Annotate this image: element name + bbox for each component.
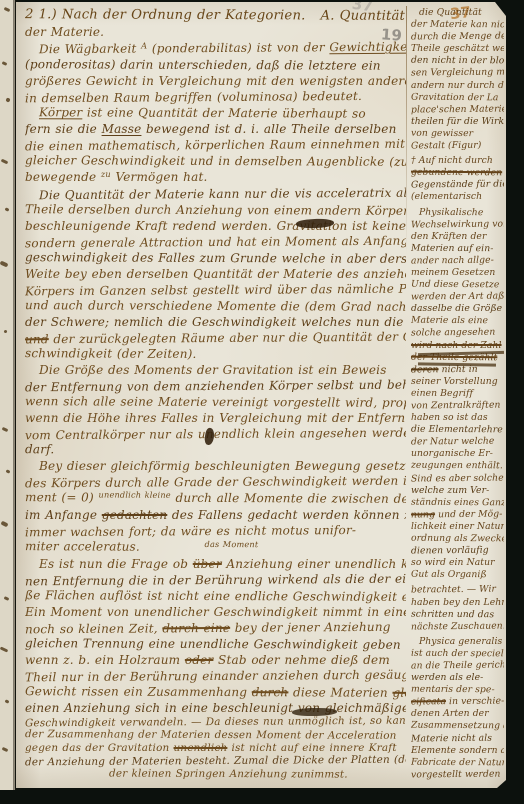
text-run: in demselben Raum begriffen (voluminosa)… — [25, 89, 362, 105]
text-run: der Natur welche — [411, 436, 494, 448]
margin-note-line: † Auf nicht durch — [411, 155, 504, 167]
ink-speck — [0, 260, 8, 267]
manuscript-line: wenn z. b. ein Holzraum oder Stab oder n… — [25, 652, 406, 668]
text-run: der zurückgelegten Räume aber nur die Qu… — [49, 330, 406, 347]
manuscript-line: Weite bey eben derselben Quantität der M… — [25, 266, 406, 282]
manuscript-line: gleichen Trennung eine unendliche Geschw… — [25, 635, 406, 653]
text-run: ment (= 0) — [25, 490, 99, 504]
text-run: Körpers im Ganzen selbst gestellt wird ü… — [25, 281, 406, 298]
inserted-word: zu — [101, 169, 111, 179]
text-run: der Zusammenhang der Materien dessen Mom… — [25, 728, 397, 742]
inserted-word: A — [141, 41, 147, 51]
struck-word: oder — [185, 653, 214, 667]
text-run: Theile geschätzt wer- — [411, 43, 504, 54]
struck-word: gebundene werden — [411, 167, 502, 179]
margin-notes-column: die Quantitätder Materie kan nichtdurch … — [411, 7, 504, 785]
inserted-word: das Moment — [205, 539, 259, 549]
margin-note-line: Gegenstände für die — [411, 179, 504, 192]
ink-speck — [6, 469, 11, 473]
margin-note-line: ordnung als Zwecke — [411, 533, 504, 546]
struck-word: gedachten — [102, 508, 168, 522]
text-run: wenn die Höhe ihres Falles in Vergleichu… — [25, 411, 406, 425]
text-run: Zusammensetzung der — [411, 720, 504, 732]
margin-note-line: Gut als Organiß — [411, 569, 504, 582]
text-run: so wird ein Natur — [411, 557, 495, 568]
margin-note-line: schritten und das — [411, 608, 504, 621]
manuscript-line: einen Anziehung sich in eine beschleunig… — [25, 700, 406, 716]
manuscript-line: darf. — [25, 441, 406, 459]
manuscript-line: wenn die Höhe ihres Falles in Vergleichu… — [25, 410, 406, 426]
text-run: dienen vorläufig — [411, 545, 489, 557]
text-run: vom Centralkörper nur als unendlich klei… — [25, 426, 406, 443]
margin-note-line: Physikalische — [411, 206, 504, 219]
text-run: ist auch der speciell — [411, 648, 504, 660]
text-run: haben so ist das — [411, 412, 488, 423]
manuscript-line: miter acceleratus. das Moment — [25, 538, 406, 557]
margin-note-line: nächste Zuschauen. — [411, 620, 504, 633]
text-run: an die Theile gerichtet — [411, 659, 504, 671]
text-run: seiner Vorstellung — [411, 376, 498, 387]
text-run: gleichen Trennung eine unendliche Geschw… — [25, 636, 406, 652]
margin-note-line: den Kräften der — [411, 231, 504, 243]
text-run: Wechselwirkung von — [411, 218, 504, 230]
text-run: (ponderositas) darin unterschieden, daß … — [25, 57, 381, 73]
text-run: von Zentralkräften — [411, 400, 501, 412]
text-run: unorganische Er- — [411, 448, 493, 459]
manuscript-line: beschleunigende Kraft redend werden. Gra… — [25, 218, 406, 234]
text-run: Weite bey eben derselben Quantität der M… — [25, 267, 406, 281]
margin-note-line: von gewisser — [411, 128, 504, 141]
underlined-word: Gewichtigkeit — [329, 40, 406, 55]
manuscript-line: und auch durch verschiedene Momente die … — [25, 297, 406, 315]
text-run: nen Entfernung die in der Berührung wirk… — [25, 571, 406, 588]
inserted-word: unendlich kleine — [99, 490, 171, 500]
text-run: noch so kleinen Zeit, — [25, 621, 162, 636]
main-text-column: 2 1.) Nach der Ordnung der Kategorien. A… — [25, 8, 406, 782]
text-run: (elementarisch — [411, 191, 482, 202]
text-run: haben bey den Lehr- — [411, 597, 504, 608]
manuscript-line: gleicher Geschwindigkeit und in demselbe… — [25, 152, 406, 170]
text-run: meinem Gesetzen — [411, 267, 495, 278]
text-run: Es ist nun die Frage ob — [39, 557, 193, 571]
margin-note-line: Gestalt (Figur) — [411, 140, 504, 153]
margin-note-line: von Zentralkräften — [411, 400, 504, 413]
margin-note-line: vorgestellt werden — [411, 768, 504, 781]
margin-note-line: lichkeit einer Natur- — [411, 521, 504, 533]
text-run: (ponderabilitas) ist von der — [147, 40, 329, 55]
margin-note-line: Wechselwirkung von — [411, 218, 504, 231]
margin-note-line: ständnis eines Ganzen — [411, 496, 504, 509]
margin-note-line: sen Vergleichung mit — [411, 67, 504, 80]
margin-note-line: andern nur durch die — [411, 80, 504, 92]
text-run: Die Wägbarkeit — [39, 42, 141, 57]
text-run: place'schen Materie — [411, 103, 504, 115]
text-run: denen Arten der — [411, 708, 489, 719]
manuscript-line: der Schwere; nemlich die Geschwindigkeit… — [25, 314, 406, 330]
text-run: ander nach allge- — [411, 254, 494, 266]
text-run: gegen das der Gravitation — [25, 742, 174, 754]
text-run: Geschwindigkeit verwandeln. — Da dieses … — [25, 715, 406, 730]
margin-note-line: der Natur welche — [411, 436, 504, 449]
margin-note-line: dienen vorläufig — [411, 545, 504, 558]
column-divider-line — [406, 6, 407, 256]
manuscript-line: Die Größe des Moments der Gravitation is… — [25, 362, 406, 378]
text-run: im Anfange — [25, 508, 102, 522]
margin-note-line: (elementarisch — [411, 191, 504, 203]
manuscript-line: geschwindigkeit des Falles zum Grunde we… — [25, 249, 406, 267]
text-run: der Schwere; nemlich die Geschwindigkeit… — [25, 315, 406, 329]
text-run: sen Vergleichung mit — [411, 67, 504, 79]
margin-note-line: Materien auf ein- — [411, 242, 504, 255]
text-run: Vermögen hat. — [111, 170, 208, 184]
manuscript-line: Bey dieser gleichförmig beschleunigten B… — [25, 458, 406, 474]
manuscript-line: (ponderositas) darin unterschieden, daß … — [25, 56, 406, 74]
margin-note-line: werden der Art daß — [411, 291, 504, 304]
manuscript-line: Es ist nun die Frage ob über Anziehung e… — [25, 556, 406, 572]
text-run: Materie als eine — [411, 315, 488, 327]
struck-word: wird nach der Zahl — [411, 340, 502, 351]
margin-note-line: unorganische Er- — [411, 448, 504, 460]
text-run: gleicher Geschwindigkeit und in demselbe… — [25, 153, 406, 169]
manuscript-line: ße Flächen auflöst ist nicht eine endlic… — [25, 587, 406, 605]
text-run: in verschie- — [446, 696, 504, 708]
text-run: Gewicht rissen ein Zusammenhang — [25, 684, 252, 699]
margin-note-line: solche angesehen — [411, 327, 504, 340]
margin-note-line: Fabricate der Natur — [411, 756, 504, 769]
text-run: dasselbe die Größe — [411, 303, 502, 314]
text-run: Und diese Gesetze — [411, 279, 499, 291]
text-run: mentaris der spe- — [411, 684, 495, 696]
text-run: Materie nicht als — [411, 732, 492, 744]
text-run: vorgestellt werden — [411, 768, 501, 780]
text-run: sondern generale Attraction und hat ein … — [25, 234, 406, 251]
ink-speck — [4, 596, 10, 601]
photo-background: 37 37 19 2 1.) Nach der Ordnung der Kate… — [0, 0, 524, 804]
ink-speck — [1, 159, 9, 165]
underlined-word: Masse — [102, 122, 142, 136]
manuscript-line: fern sie die Masse bewegend ist d. i. al… — [25, 121, 406, 137]
margin-note-line: ist auch der speciell — [411, 648, 504, 661]
manuscript-line: gegen das der Gravitation unendlich ist … — [25, 742, 406, 755]
text-run: ße Flächen auflöst ist nicht eine endlic… — [25, 588, 406, 604]
text-run: einen Anziehung sich in eine beschleunig… — [25, 701, 406, 715]
margin-note-line: meinem Gesetzen — [411, 267, 504, 279]
margin-note-line: welche zum Ver- — [411, 485, 504, 497]
text-run: durch alle Momente die zwischen dem — [171, 491, 406, 506]
ink-speck — [5, 699, 10, 703]
text-run: Stab oder nehme dieß dem — [213, 653, 390, 667]
text-run: der Materie. — [25, 25, 104, 39]
ink-speck — [0, 646, 8, 652]
text-run: lichkeit einer Natur- — [411, 521, 504, 532]
text-run: bewegende — [25, 170, 101, 184]
text-run: andern nur durch die — [411, 80, 504, 91]
text-run: bewegend ist d. i. alle Theile derselben — [141, 122, 396, 136]
margin-note-line: Theile geschätzt wer- — [411, 43, 504, 55]
margin-note-line: der Materie kan nicht — [411, 19, 504, 32]
margin-note-line: so wird ein Natur — [411, 557, 504, 569]
text-run: und auch durch verschiedene Momente die … — [25, 298, 406, 314]
text-run: Bey dieser gleichförmig beschleunigten B… — [39, 459, 406, 473]
margin-note-line: Gravitation der La — [411, 91, 504, 104]
margin-note-line: wird nach der Zahl — [411, 340, 504, 352]
struck-word: durch — [252, 685, 289, 699]
margin-note-line: an die Theile gerichtet — [411, 659, 504, 672]
margin-note-line: Elemente sondern als — [411, 745, 504, 757]
margin-note-line: zeugungen enthält. — [411, 460, 504, 473]
text-run: Die Größe des Moments der Gravitation is… — [39, 363, 387, 377]
margin-note-line: Physica generalis — [411, 636, 504, 648]
margin-note-line: Sind es aber solche — [411, 472, 504, 485]
text-run: Physica generalis — [419, 636, 502, 647]
text-run: den Kräften der — [411, 231, 486, 242]
text-run: Sind es aber solche — [411, 472, 504, 484]
text-run: bey der jener Anziehung — [230, 620, 391, 635]
manuscript-line: Die Wägbarkeit A (ponderabilitas) ist vo… — [25, 39, 406, 59]
margin-note-line: seiner Vorstellung — [411, 376, 504, 388]
text-run: miter acceleratus. — [25, 539, 205, 554]
text-run: ist nicht auf eine innere Kraft — [227, 742, 396, 754]
struck-word: cificata — [411, 696, 446, 707]
text-run: schwindigkeit (der Zeiten). — [25, 346, 197, 361]
ink-speck — [5, 97, 10, 102]
manuscript-line: ment (= 0) unendlich kleine durch alle M… — [25, 489, 406, 508]
text-run: wenn z. b. ein Holzraum — [25, 653, 185, 667]
text-run: Gegenstände für die — [411, 179, 504, 191]
text-run: des Körpers durch alle Grade der Geschwi… — [25, 473, 406, 490]
text-run: schritten und das — [411, 608, 494, 620]
ink-speck — [4, 330, 8, 334]
text-run: Fabricate der Natur — [411, 756, 504, 768]
text-run: ständnis eines Ganzen — [411, 496, 504, 508]
ink-speck — [0, 521, 8, 528]
text-run: Gravitation der La — [411, 91, 499, 103]
margin-note-line: Zusammensetzung der — [411, 720, 504, 733]
text-run: ist eine Quantität der Materie überhaupt… — [82, 105, 366, 120]
text-run: betrachtet. — Wir — [411, 584, 496, 596]
text-run: Anziehung einer unendlich klei- — [222, 557, 406, 571]
manuscript-line: wenn sich alle seine Materie vereinigt v… — [25, 393, 406, 411]
margin-note-line: nung und der Mög- — [411, 508, 504, 521]
margin-note-line: haben so ist das — [411, 412, 504, 424]
ink-speck — [2, 427, 9, 432]
margin-note-line: Und diese Gesetze — [411, 279, 504, 292]
manuscript-page: 37 37 19 2 1.) Nach der Ordnung der Kate… — [16, 2, 506, 788]
struck-word: nung — [411, 509, 435, 520]
text-run: werden als ele- — [411, 672, 483, 683]
manuscript-line: Theile derselben durch Anziehung von ein… — [25, 201, 406, 219]
manuscript-line: schwindigkeit (der Zeiten). — [25, 345, 406, 363]
text-run: den nicht in der blos- — [411, 55, 504, 67]
manuscript-line: der Materie. — [25, 24, 406, 40]
text-run: immer wachsen fort; da wäre es nicht mot… — [25, 523, 356, 539]
text-run: durch die Menge der — [411, 31, 504, 43]
text-run: geschwindigkeit des Falles zum Grunde we… — [25, 250, 406, 266]
struck-word: durch eine — [162, 621, 230, 635]
margin-note-line: die Quantität — [411, 7, 504, 19]
text-run: theilen für die Wirkung — [411, 116, 504, 127]
manuscript-line: bewegende zu Vermögen hat. — [25, 169, 406, 186]
ink-speck — [2, 747, 9, 752]
text-run: Materien auf ein- — [411, 242, 493, 254]
text-run: nächste Zuschauen. — [411, 620, 504, 632]
text-run: Ein Moment von unendlicher Geschwindigke… — [25, 605, 406, 619]
text-run: zeugungen enthält. — [411, 460, 503, 472]
struck-word: unendlich — [174, 742, 228, 754]
text-run: die Quantität — [419, 7, 482, 18]
manuscript-line: 2 1.) Nach der Ordnung der Kategorien. A… — [25, 8, 406, 25]
text-run: einen Begriff — [411, 388, 473, 399]
underlined-word: Körper — [39, 105, 82, 119]
text-run: Elemente sondern als — [411, 745, 504, 756]
margin-note-line: werden als ele- — [411, 672, 504, 684]
text-run: der kleinen Springen Anziehung zunimmst. — [109, 768, 348, 781]
ink-speck — [4, 7, 11, 12]
text-run: der Anziehung der Materien besteht. Zuma… — [25, 754, 406, 769]
text-run: Gut als Organiß — [411, 569, 487, 581]
text-run: und der Mög- — [435, 508, 503, 520]
text-run: ordnung als Zwecke — [411, 533, 504, 545]
text-run: der Materie kan nicht — [411, 19, 504, 31]
text-run: beschleunigende Kraft redend werden. Gra… — [25, 219, 406, 233]
manuscript-line: der kleinen Springen Anziehung zunimmst. — [25, 767, 406, 782]
margin-note-line: theilen für die Wirkung — [411, 116, 504, 128]
margin-note-line: einen Begriff — [411, 388, 504, 401]
text-run: des Fallens gedacht werden können zu — [167, 508, 406, 522]
manuscript-line: im Anfange gedachten des Fallens gedacht… — [25, 507, 406, 523]
text-run: die einen mathematisch, körperlichen Rau… — [25, 137, 405, 154]
manuscript-line: der Zusammenhang der Materien dessen Mom… — [25, 728, 406, 743]
margin-note-line: ander nach allge- — [411, 254, 504, 267]
manuscript-line: Gewicht rissen ein Zusammenhang durch di… — [25, 683, 406, 701]
text-run: † Auf nicht durch — [411, 155, 493, 166]
text-run: 2 1.) Nach der Ordnung der Kategorien. A… — [25, 8, 405, 24]
margin-note-line: haben bey den Lehr- — [411, 597, 504, 609]
text-run: Gestalt (Figur) — [411, 140, 481, 152]
text-run: fern sie die — [25, 122, 102, 136]
margin-note-line: cificata in verschie- — [411, 696, 504, 709]
text-run: Die Quantität der Materie kann nur die v… — [39, 186, 406, 203]
text-run: wenn sich alle seine Materie vereinigt v… — [25, 394, 406, 410]
text-run: solche angesehen — [411, 327, 495, 339]
margin-note-line: place'schen Materie — [411, 103, 504, 116]
text-run: welche zum Ver- — [411, 485, 489, 496]
manuscript-line: Körper ist eine Quantität der Materie üb… — [25, 104, 406, 122]
margin-note-line: Materie nicht als — [411, 732, 504, 745]
margin-note-line: dasselbe die Größe — [411, 303, 504, 315]
text-run: größeres Gewicht in Vergleichung mit den… — [25, 74, 406, 88]
margin-note-line: denen Arten der — [411, 708, 504, 720]
struck-word: über — [193, 557, 222, 571]
text-run: darf. — [25, 442, 54, 456]
text-run: diese Materien — [288, 685, 392, 699]
margin-note-line: durch die Menge der — [411, 31, 504, 44]
text-run: die Elementarlehre — [411, 424, 503, 436]
ink-speck — [2, 61, 8, 66]
manuscript-line: größeres Gewicht in Vergleichung mit den… — [25, 73, 406, 89]
text-run: Theile derselben durch Anziehung von ein… — [25, 202, 406, 218]
text-run: Theil nur in der Berührung einander anzi… — [25, 668, 406, 685]
text-run: von gewisser — [411, 128, 473, 139]
struck-word: gleich — [392, 686, 406, 700]
manuscript-line: Ein Moment von unendlicher Geschwindigke… — [25, 604, 406, 620]
margin-note-line: betrachtet. — Wir — [411, 584, 504, 597]
text-run: werden der Art daß — [411, 291, 504, 303]
text-run: der Entfernung von dem anziehenden Körpe… — [25, 377, 406, 394]
text-run: Physikalische — [419, 206, 483, 217]
ink-speck — [5, 207, 10, 211]
